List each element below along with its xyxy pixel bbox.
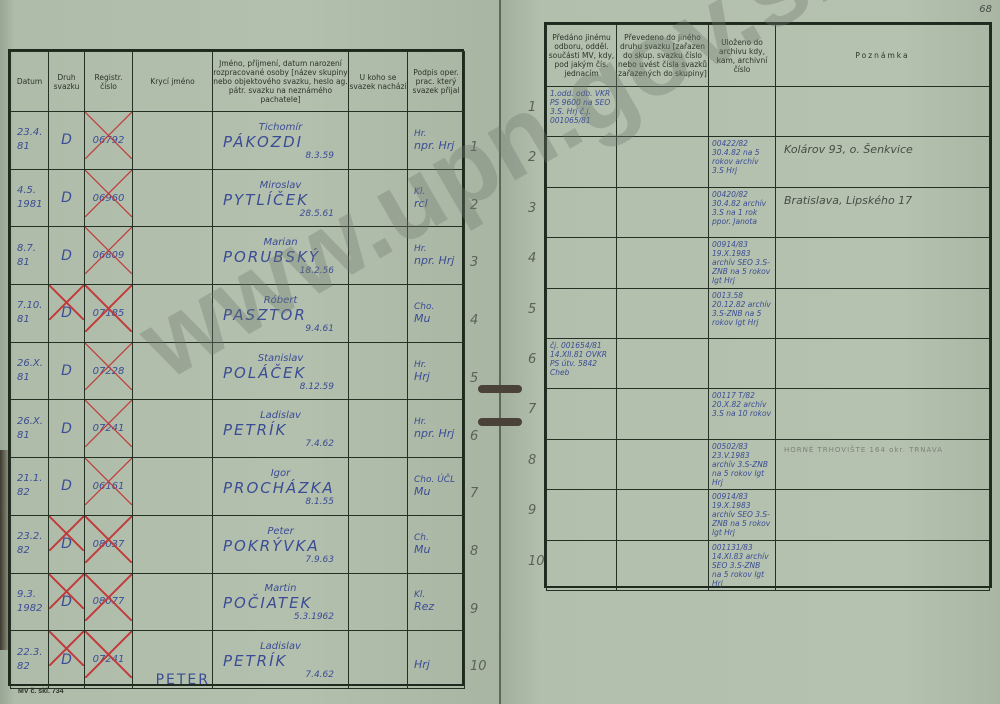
person-cell: MartinPOČIATEK5.3.1962 [213,573,349,631]
table-row: 00914/83 19.X.1983 archív SEO 3.S-ZNB na… [547,490,990,540]
signature-cell: Hr.Hrj [408,342,465,400]
location-cell [349,169,408,227]
location-cell [349,515,408,573]
margin-row-number: 8 [470,544,478,559]
person-cell: LadislavPETRÍK7.4.62 [213,631,349,689]
reg-number-cell: 07241 [85,400,133,458]
note-cell [776,389,990,439]
date-cell: 23.2.82 [11,515,49,573]
reg-number-cell: 06792 [85,112,133,170]
note-cell: HORNÉ TRHOVIŠTE 164 okr. TRNAVA [776,439,990,489]
reg-number-cell: 06960 [85,169,133,227]
reg-number-cell: 07185 [85,285,133,343]
location-cell [349,227,408,285]
note-cell [776,288,990,338]
location-cell [349,400,408,458]
margin-row-number: 9 [528,503,536,518]
kind-cell: D [49,169,85,227]
table-row: 00420/82 30.4.82 archív 3.S na 1 rok ppo… [547,187,990,237]
transferred-cell [617,540,709,590]
handed-over-cell [547,439,617,489]
table-row: 22.3.82 D 07241 PETER LadislavPETRÍK7.4.… [11,631,465,689]
registry-table-right: Předáno jinému odboru, odděl. součásti M… [544,22,992,588]
table-row: 0013.58 20.12.82 archív 3.S-ZNB na 5 rok… [547,288,990,338]
table-row: 9.3.1982 D 08077 MartinPOČIATEK5.3.1962 … [11,573,465,631]
table-row: 001131/83 14.XI.83 archív SEO 3.S-ZNB na… [547,540,990,590]
handed-over-cell [547,288,617,338]
header-note: Poznámka [776,25,990,87]
margin-row-number: 8 [528,453,536,468]
margin-row-number: 6 [470,429,478,444]
table-row: 23.2.82 D 08037 PeterPOKRÝVKA7.9.63 Ch.M… [11,515,465,573]
margin-row-number: 5 [470,371,478,386]
cover-name-cell [133,458,213,516]
cover-name-cell [133,400,213,458]
note-cell [776,540,990,590]
margin-row-number: 1 [528,100,536,115]
transferred-cell [617,238,709,288]
cover-name-cell [133,515,213,573]
cover-name-cell [133,169,213,227]
transferred-cell [617,338,709,388]
table-row: 21.1.82 D 06161 IgorPROCHÁZKA8.1.55 Cho.… [11,458,465,516]
handed-over-cell [547,187,617,237]
header-person: Jméno, příjmení, datum narození rozpraco… [213,52,349,112]
signature-cell: Hr.npr. Hrj [408,112,465,170]
handed-over-cell [547,490,617,540]
date-cell: 23.4.81 [11,112,49,170]
archived-cell: 0013.58 20.12.82 archív 3.S-ZNB na 5 rok… [709,288,776,338]
header-signature: Podpis oper. prac. který svazek přijal [408,52,465,112]
date-cell: 4.5.1981 [11,169,49,227]
archived-cell: 00422/82 30.4.82 na 5 rokov archív 3.S H… [709,137,776,187]
cover-name-cell [133,285,213,343]
header-handed-over: Předáno jinému odboru, odděl. součásti M… [547,25,617,87]
archived-cell [709,87,776,137]
header-transferred: Převedeno do jiného druhu svazku [zařaze… [617,25,709,87]
kind-cell: D [49,285,85,343]
date-cell: 9.3.1982 [11,573,49,631]
archived-cell: 00117 T/82 20.X.82 archív 3.S na 10 roko… [709,389,776,439]
margin-row-number: 10 [528,554,545,569]
location-cell [349,112,408,170]
archived-cell [709,338,776,388]
signature-cell: Ch.Mu [408,515,465,573]
header-date: Datum [11,52,49,112]
date-cell: 8.7.81 [11,227,49,285]
date-cell: 22.3.82 [11,631,49,689]
kind-cell: D [49,342,85,400]
location-cell [349,458,408,516]
margin-row-number: 7 [470,486,478,501]
table-row: 00422/82 30.4.82 na 5 rokov archív 3.S H… [547,137,990,187]
table-row: 7.10.81 D 07185 RóbertPASZTOR9.4.61 Cho.… [11,285,465,343]
kind-cell: D [49,227,85,285]
person-cell: TichomírPÁKOZDI8.3.59 [213,112,349,170]
staple-bottom [478,418,522,426]
archived-cell: 00502/83 23.V.1983 archív 3.S-ZNB na 5 r… [709,439,776,489]
margin-row-number: 4 [470,313,478,328]
table-row: 23.4.81 D 06792 TichomírPÁKOZDI8.3.59 Hr… [11,112,465,170]
margin-row-number: 2 [470,198,478,213]
margin-row-number: 10 [470,659,487,674]
kind-cell: D [49,400,85,458]
person-cell: LadislavPETRÍK7.4.62 [213,400,349,458]
header-location: U koho se svazek nachází [349,52,408,112]
transferred-cell [617,490,709,540]
reg-number-cell: 07241 [85,631,133,689]
header-cover-name: Krycí jméno [133,52,213,112]
transferred-cell [617,137,709,187]
transferred-cell [617,439,709,489]
table-row: 00117 T/82 20.X.82 archív 3.S na 10 roko… [547,389,990,439]
header-archived: Uloženo do archivu kdy, kam, archivní čí… [709,25,776,87]
signature-cell: Kl.rcl [408,169,465,227]
signature-cell: Kl.Rez [408,573,465,631]
form-id: MV č. skl. 734 [18,688,64,695]
handed-over-cell [547,389,617,439]
handed-over-cell: 1.odd. odb. VKR PS 9600 na SEO 3.S. Hrj … [547,87,617,137]
staple-top [478,385,522,393]
table-row: čj. 001654/81 14.XII.81 OVKR PS útv. 584… [547,338,990,388]
signature-cell: Hrj [408,631,465,689]
cover-name-cell [133,573,213,631]
handed-over-cell [547,137,617,187]
table-row: 00502/83 23.V.1983 archív 3.S-ZNB na 5 r… [547,439,990,489]
signature-cell: Hr.npr. Hrj [408,227,465,285]
location-cell [349,573,408,631]
registry-table-left: Datum Druh svazku Registr. číslo Krycí j… [8,49,464,686]
header-kind: Druh svazku [49,52,85,112]
book-spine [499,0,501,704]
note-cell [776,338,990,388]
margin-row-number: 2 [528,150,536,165]
person-cell: RóbertPASZTOR9.4.61 [213,285,349,343]
kind-cell: D [49,515,85,573]
cover-name-cell [133,227,213,285]
reg-number-cell: 06161 [85,458,133,516]
cover-name-cell [133,112,213,170]
signature-cell: Hr.npr. Hrj [408,400,465,458]
handed-over-cell [547,238,617,288]
margin-row-number: 9 [470,602,478,617]
table-row: 4.5.1981 D 06960 MiroslavPYTLÍČEK28.5.61… [11,169,465,227]
signature-cell: Cho. ÚČLMu [408,458,465,516]
margin-row-number: 6 [528,352,536,367]
person-cell: StanislavPOLÁČEK8.12.59 [213,342,349,400]
margin-row-number: 1 [470,140,478,155]
date-cell: 21.1.82 [11,458,49,516]
person-cell: IgorPROCHÁZKA8.1.55 [213,458,349,516]
note-cell: Bratislava, Lipského 17 [776,187,990,237]
kind-cell: D [49,112,85,170]
transferred-cell [617,187,709,237]
note-cell: Kolárov 93, o. Šenkvice [776,137,990,187]
margin-row-number: 7 [528,402,536,417]
margin-row-number: 3 [470,255,478,270]
location-cell [349,631,408,689]
cover-name-cell [133,342,213,400]
cover-name-cell: PETER [133,631,213,689]
person-cell: MarianPORUBSKÝ18.2.56 [213,227,349,285]
archived-cell: 001131/83 14.XI.83 archív SEO 3.S-ZNB na… [709,540,776,590]
binding-edge [0,450,8,650]
header-reg-number: Registr. číslo [85,52,133,112]
archived-cell: 00914/83 19.X.1983 archív SEO 3.S-ZNB na… [709,490,776,540]
page-number: 68 [979,4,992,15]
transferred-cell [617,389,709,439]
date-cell: 26.X.81 [11,400,49,458]
note-cell [776,238,990,288]
table-row: 8.7.81 D 06809 MarianPORUBSKÝ18.2.56 Hr.… [11,227,465,285]
margin-row-number: 5 [528,302,536,317]
date-cell: 7.10.81 [11,285,49,343]
archived-cell: 00914/83 19.X.1983 archív SEO 3.S-ZNB na… [709,238,776,288]
reg-number-cell: 07228 [85,342,133,400]
location-cell [349,342,408,400]
date-cell: 26.X.81 [11,342,49,400]
note-cell [776,490,990,540]
table-row: 26.X.81 D 07228 StanislavPOLÁČEK8.12.59 … [11,342,465,400]
archived-cell: 00420/82 30.4.82 archív 3.S na 1 rok ppo… [709,187,776,237]
table-row: 26.X.81 D 07241 LadislavPETRÍK7.4.62 Hr.… [11,400,465,458]
kind-cell: D [49,573,85,631]
handed-over-cell [547,540,617,590]
table-row: 1.odd. odb. VKR PS 9600 na SEO 3.S. Hrj … [547,87,990,137]
transferred-cell [617,288,709,338]
kind-cell: D [49,631,85,689]
table-row: 00914/83 19.X.1983 archív SEO 3.S-ZNB na… [547,238,990,288]
kind-cell: D [49,458,85,516]
reg-number-cell: 08037 [85,515,133,573]
note-cell [776,87,990,137]
location-cell [349,285,408,343]
transferred-cell [617,87,709,137]
reg-number-cell: 06809 [85,227,133,285]
margin-row-number: 4 [528,251,536,266]
person-cell: MiroslavPYTLÍČEK28.5.61 [213,169,349,227]
margin-row-number: 3 [528,201,536,216]
reg-number-cell: 08077 [85,573,133,631]
person-cell: PeterPOKRÝVKA7.9.63 [213,515,349,573]
handed-over-cell: čj. 001654/81 14.XII.81 OVKR PS útv. 584… [547,338,617,388]
signature-cell: Cho.Mu [408,285,465,343]
